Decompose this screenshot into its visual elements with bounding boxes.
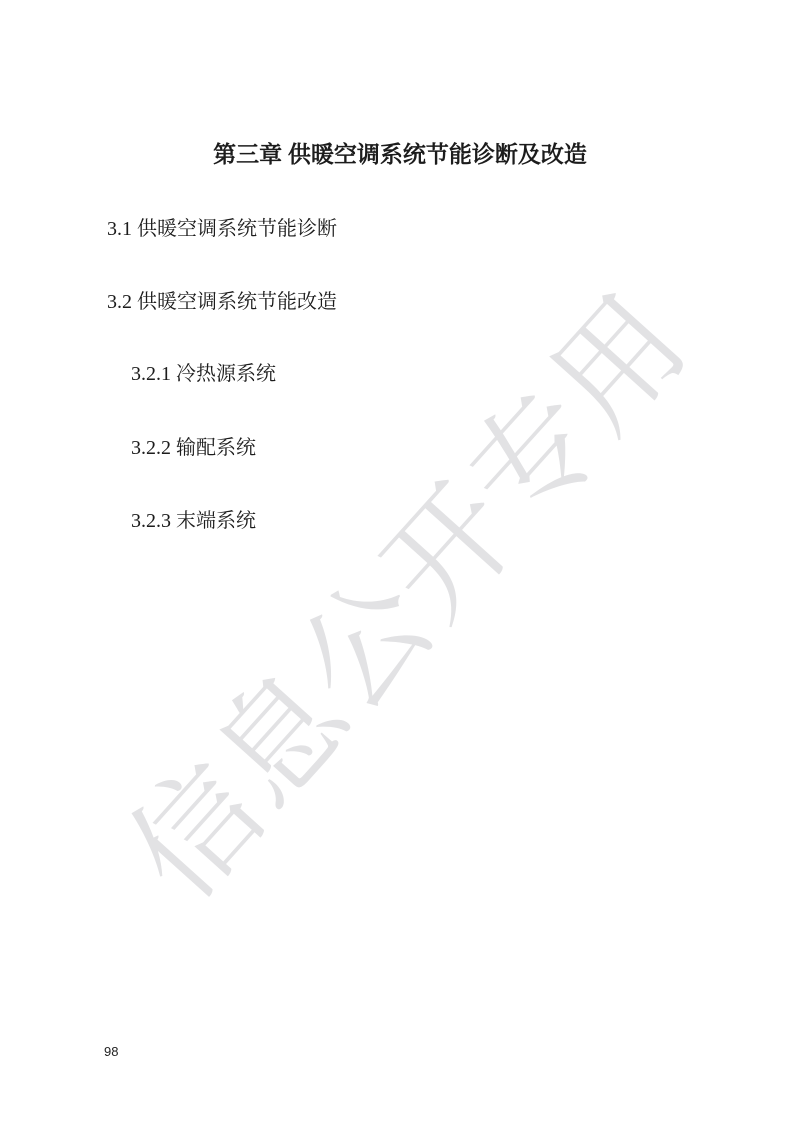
section-heading-3-1: 3.1 供暖空调系统节能诊断 (107, 217, 337, 241)
diagonal-watermark: 信息公开专用 (82, 250, 720, 931)
document-page: 信息公开专用 第三章 供暖空调系统节能诊断及改造 3.1 供暖空调系统节能诊断 … (0, 0, 800, 1131)
page-number: 98 (104, 1044, 118, 1059)
subsection-heading-3-2-1: 3.2.1 冷热源系统 (131, 362, 276, 386)
subsection-heading-3-2-2: 3.2.2 输配系统 (131, 436, 256, 460)
section-heading-3-2: 3.2 供暖空调系统节能改造 (107, 290, 337, 314)
chapter-title: 第三章 供暖空调系统节能诊断及改造 (0, 141, 800, 169)
subsection-heading-3-2-3: 3.2.3 末端系统 (131, 509, 256, 533)
